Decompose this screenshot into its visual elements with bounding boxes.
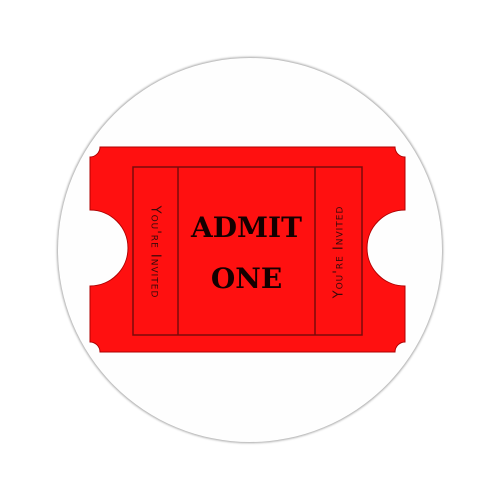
- side-text-right: You're Invited: [332, 206, 347, 299]
- side-text-left: You're Invited: [148, 206, 163, 299]
- ticket-body: [90, 147, 405, 352]
- headline-admit: ADMIT: [178, 211, 315, 244]
- ticket-shape: [0, 0, 500, 500]
- headline-one: ONE: [178, 262, 315, 295]
